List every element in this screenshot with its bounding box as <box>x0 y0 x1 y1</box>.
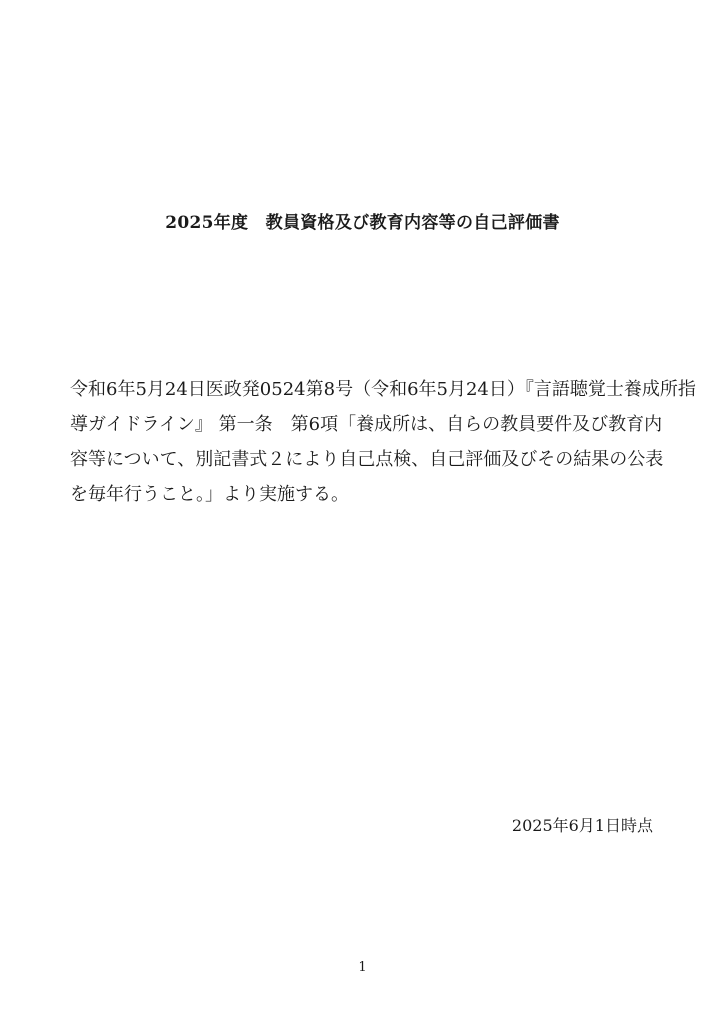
body-line: 令和6年5月24日医政発0524第8号（令和6年5月24日）『言語聴覚士養成所指 <box>70 372 650 407</box>
body-line: 容等について、別記書式２により自己点検、自己評価及びその結果の公表 <box>70 442 650 477</box>
page-number: 1 <box>0 960 725 975</box>
body-paragraph: 令和6年5月24日医政発0524第8号（令和6年5月24日）『言語聴覚士養成所指… <box>70 372 650 512</box>
document-title: 2025年度 教員資格及び教育内容等の自己評価書 <box>0 208 725 233</box>
body-line: 導ガイドライン』 第一条 第6項「養成所は、自らの教員要件及び教育内 <box>70 407 650 442</box>
body-line: を毎年行うこと。」より実施する。 <box>70 477 650 512</box>
as-of-date: 2025年6月1日時点 <box>512 813 653 836</box>
document-page: 2025年度 教員資格及び教育内容等の自己評価書 令和6年5月24日医政発052… <box>0 0 725 1024</box>
